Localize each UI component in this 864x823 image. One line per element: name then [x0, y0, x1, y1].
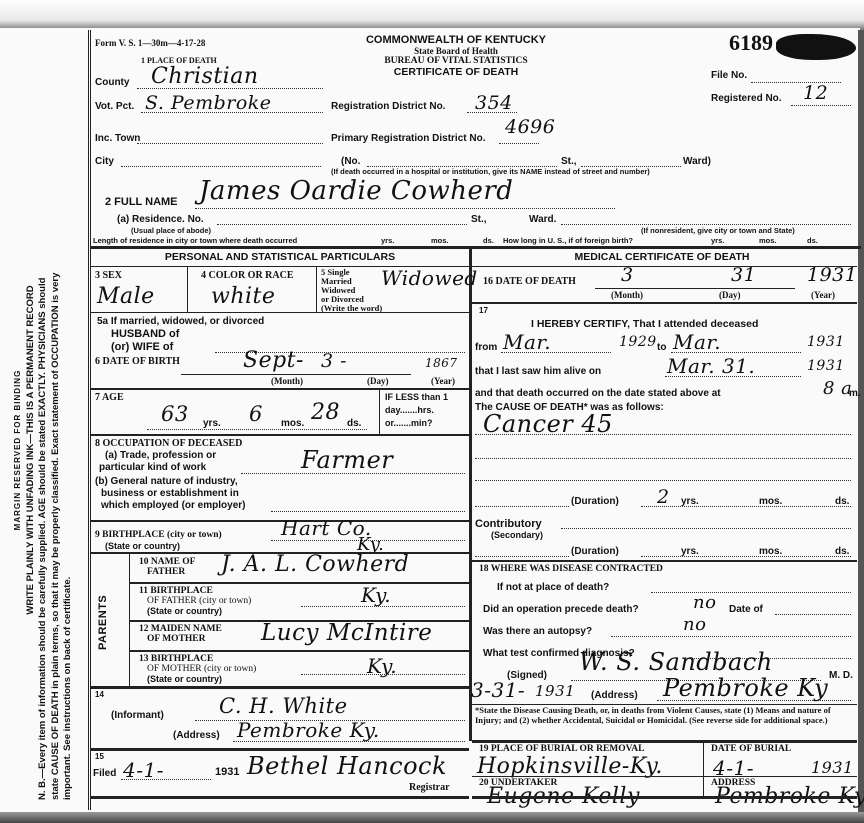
birthplace-state-label: (State or country) [105, 541, 180, 551]
age-label: 7 AGE [95, 392, 124, 403]
autopsy-line [611, 636, 851, 637]
dob-year-caption: (Year) [431, 376, 455, 386]
duration-years: 2 [657, 486, 670, 508]
medical-section-title: MEDICAL CERTIFICATE OF DEATH [472, 251, 852, 263]
rule [91, 796, 469, 799]
rule [91, 312, 469, 313]
spouse-label-1: 5a If married, widowed, or divorced [97, 316, 264, 327]
rule [187, 266, 188, 312]
vot-pct-value: S. Pembroke [145, 92, 272, 114]
full-name-line [195, 208, 615, 209]
signed-value: W. S. Sandbach [579, 648, 773, 676]
foreign-mos: mos. [759, 236, 777, 245]
duration-yrs: yrs. [681, 496, 699, 507]
foreign-birth-label: How long in U. S., if of foreign birth? [503, 236, 633, 245]
age-yrs-label: yrs. [203, 418, 221, 429]
dod-line [595, 288, 795, 289]
hospital-note: (If death occurred in a hospital or inst… [331, 167, 650, 176]
date-of-line [775, 614, 851, 615]
father-bp-value: Ky. [361, 583, 391, 607]
rule [472, 560, 857, 562]
margin-instructions-2: state CAUSE OF DEATH in plain terms, so … [49, 100, 62, 800]
age-mos-label: mos. [281, 418, 304, 429]
occupation-value: Farmer [301, 446, 393, 474]
to-year: 1931 [807, 334, 845, 350]
sex-label: 3 SEX [95, 270, 122, 281]
cause-line-3 [475, 480, 851, 481]
md-label: M. D. [829, 670, 853, 681]
title-bureau: BUREAU OF VITAL STATISTICS [341, 56, 571, 66]
informant-address-value: Pembroke Ky. [237, 718, 380, 742]
mother-name-label-2: OF MOTHER [147, 634, 206, 644]
parents-label: PARENTS [97, 570, 109, 650]
stamp-number: 6189 [729, 30, 773, 56]
not-place-label: If not at place of death? [497, 582, 609, 593]
margin-write-plainly: WRITE PLAINLY WITH UNFADING INK—THIS IS … [24, 100, 37, 800]
mother-bp-label-2: OF MOTHER (city or town) [147, 664, 256, 674]
last-saw-value: Mar. 31. [667, 354, 755, 378]
industry-label-2: business or establishment in [101, 488, 239, 499]
dob-year: 1867 [425, 356, 458, 370]
title-commonwealth: COMMONWEALTH OF KENTUCKY [341, 34, 571, 46]
contributory-label: Contributory [475, 518, 542, 530]
certificate-title: COMMONWEALTH OF KENTUCKY State Board of … [341, 34, 571, 78]
filed-label: Filed [93, 768, 116, 779]
mother-name-value: Lucy McIntire [261, 620, 432, 646]
mother-name-label-1: 12 MAIDEN NAME [139, 624, 222, 634]
informant-address-label: (Address) [173, 730, 220, 741]
residence-line [217, 224, 467, 225]
primary-district-value: 4696 [505, 116, 555, 138]
city-label: City [95, 156, 114, 167]
informant-value: C. H. White [219, 694, 348, 718]
dob-month: Sept- [243, 348, 304, 373]
title-certificate: CERTIFICATE OF DEATH [341, 66, 571, 78]
father-name-label-1: 10 NAME OF [139, 557, 195, 567]
dod-label: 16 DATE OF DEATH [483, 276, 576, 287]
cause-line-2 [475, 458, 851, 459]
rule [91, 520, 469, 522]
st-label: St., [561, 156, 577, 167]
rule [316, 266, 317, 312]
duration-ds: ds. [835, 496, 849, 507]
certificate-form: Form V. S. 1—30m—4-17-28 1 PLACE OF DEAT… [88, 30, 861, 810]
race-label: 4 COLOR OR RACE [201, 270, 294, 281]
no-label: (No. [341, 156, 360, 167]
sex-value: Male [97, 284, 155, 309]
cause-footnote: *State the Disease Causing Death, or, in… [475, 706, 851, 725]
duration-line-prefix [475, 506, 569, 507]
reg-district-value: 354 [475, 92, 513, 114]
registrar-label: Registrar [409, 782, 450, 793]
signed-address-value: Pembroke Ky [663, 674, 828, 702]
redaction-blot [776, 34, 856, 60]
burial-place-label: 19 PLACE OF BURIAL OR REMOVAL [479, 744, 644, 754]
autopsy-label: Was there an autopsy? [483, 626, 592, 637]
where-contracted-label: 18 WHERE WAS DISEASE CONTRACTED [479, 564, 663, 574]
duration2-line [641, 556, 851, 557]
item-17-num: 17 [479, 306, 488, 315]
residence-label: (a) Residence. No. [117, 214, 204, 225]
registrar-signature: Bethel Hancock [247, 752, 447, 780]
signed-address-label: (Address) [591, 690, 638, 701]
to-value: Mar. [673, 330, 721, 354]
primary-district-line [499, 143, 539, 144]
length-yrs: yrs. [381, 236, 394, 245]
full-name-value: James Oardie Cowherd [199, 176, 513, 206]
age-line [147, 429, 367, 430]
operation-label: Did an operation precede death? [483, 604, 639, 615]
section-divider [91, 246, 861, 249]
usual-place-note: (Usual place of abode) [131, 226, 211, 235]
filed-num: 15 [95, 752, 104, 761]
rule [91, 748, 469, 751]
birthplace-label: 9 BIRTHPLACE (city or town) [95, 530, 222, 540]
trade-label-1: (a) Trade, profession or [105, 450, 216, 461]
form-number: Form V. S. 1—30m—4-17-28 [95, 38, 205, 48]
signed-date: 3-31- [471, 678, 525, 702]
industry-label-3: which employed (or employer) [101, 500, 245, 511]
trade-label-2: particular kind of work [99, 462, 206, 473]
margin-instructions-1: N. B.—Every item of information should b… [37, 100, 50, 800]
father-name-value: J. A. L. Cowherd [221, 552, 409, 577]
dob-day: 3 - [321, 350, 347, 372]
rule [703, 742, 704, 796]
city-line [121, 166, 321, 167]
rule [129, 650, 469, 652]
rule [129, 582, 469, 584]
cause-value: Cancer 45 [483, 410, 613, 438]
duration-label: (Duration) [571, 496, 619, 507]
dob-day-caption: (Day) [367, 376, 389, 386]
mother-bp-label-3: (State or country) [147, 674, 222, 684]
less-than-1: IF LESS than 1 [385, 392, 448, 402]
ward-label: Ward) [683, 156, 711, 167]
secondary-label: (Secondary) [491, 530, 543, 540]
mother-bp-value: Ky. [367, 654, 397, 678]
residence-ward-label: Ward. [529, 214, 556, 225]
death-time-value: 8 a [823, 378, 852, 399]
death-time-suffix: m. [849, 388, 861, 399]
nonresident-note: (If nonresident, give city or town and S… [641, 226, 795, 235]
reg-district-label: Registration District No. [331, 101, 445, 112]
operation-value: no [693, 592, 716, 613]
foreign-yrs: yrs. [711, 236, 724, 245]
dod-year: 1931 [807, 264, 857, 286]
from-label: from [475, 342, 497, 353]
burial-year-value: 1931 [811, 758, 854, 777]
spouse-label-3: (or) WIFE of [111, 341, 173, 353]
margin-reserved: MARGIN RESERVED FOR BINDING [12, 100, 25, 800]
length-mos: mos. [431, 236, 449, 245]
personal-section-title: PERSONAL AND STATISTICAL PARTICULARS [91, 251, 469, 263]
rule [379, 390, 380, 434]
dob-month-caption: (Month) [271, 376, 303, 386]
less-day: day.......hrs. [385, 405, 434, 415]
age-days: 28 [311, 400, 340, 425]
rule [472, 776, 857, 777]
father-name-label-2: FATHER [147, 567, 185, 577]
rule [91, 686, 469, 689]
county-value: Christian [151, 64, 259, 89]
informant-label: (Informant) [111, 710, 164, 721]
marital-value: Widowed [381, 266, 478, 290]
rule [91, 434, 469, 436]
dod-day-caption: (Day) [719, 290, 741, 300]
rule [472, 302, 857, 304]
date-of-label: Date of [729, 604, 763, 615]
last-saw-year: 1931 [807, 358, 845, 374]
age-ds-label: ds. [347, 418, 361, 429]
not-place-line [651, 592, 851, 593]
age-months: 6 [249, 402, 263, 426]
informant-num: 14 [95, 690, 104, 699]
occupation-label: 8 OCCUPATION OF DECEASED [95, 438, 242, 449]
inc-town-label: Inc. Town [95, 133, 140, 144]
binding-margin: MARGIN RESERVED FOR BINDING WRITE PLAINL… [4, 100, 82, 800]
duration-line [641, 506, 851, 507]
less-min: or.......min? [385, 418, 433, 428]
rule [472, 266, 857, 267]
rule [472, 796, 857, 799]
father-bp-label-3: (State or country) [147, 606, 222, 616]
dod-month: 3 [621, 264, 634, 286]
duration2-line-prefix [475, 556, 569, 557]
dod-month-caption: (Month) [611, 290, 643, 300]
registered-no-value: 12 [803, 82, 828, 104]
father-bp-label-2: OF FATHER (city or town) [147, 596, 251, 606]
from-year: 1929 [619, 334, 657, 350]
race-value: white [211, 284, 275, 309]
foreign-ds: ds. [807, 236, 818, 245]
vot-pct-label: Vot. Pct. [95, 101, 134, 112]
registered-no-label: Registered No. [711, 93, 782, 104]
dob-line [181, 374, 411, 375]
industry-line [271, 511, 465, 512]
filed-date: 4-1- [123, 758, 164, 782]
duration2-mos: mos. [759, 546, 782, 557]
rule [472, 740, 857, 743]
autopsy-value: no [683, 614, 706, 635]
spouse-label-2: HUSBAND of [111, 328, 179, 340]
to-label: to [657, 342, 666, 353]
duration-mos: mos. [759, 496, 782, 507]
mother-bp-label-1: 13 BIRTHPLACE [139, 654, 213, 664]
filed-year: 1931 [215, 766, 239, 778]
contributory-line [561, 528, 851, 529]
rule [91, 388, 469, 390]
length-ds: ds. [483, 236, 494, 245]
title-board: State Board of Health [341, 46, 571, 56]
duration2-ds: ds. [835, 546, 849, 557]
primary-district-label: Primary Registration District No. [331, 133, 485, 144]
column-divider [469, 246, 472, 741]
from-value: Mar. [503, 330, 551, 354]
residence-ward-line [561, 224, 851, 225]
registered-no-line [791, 105, 851, 106]
dod-day: 31 [731, 264, 756, 286]
certify-text: I HEREBY CERTIFY, That I attended deceas… [531, 318, 758, 330]
county-label: County [95, 77, 129, 88]
marital-label: 5 Single Married Widowed or Divorced (Wr… [321, 268, 382, 313]
death-time-label: and that death occurred on the date stat… [475, 388, 721, 399]
duration2-label: (Duration) [571, 546, 619, 557]
inc-town-line [137, 143, 323, 144]
industry-label-1: (b) General nature of industry, [95, 476, 238, 487]
burial-date-label: DATE OF BURIAL [711, 744, 791, 754]
father-bp-label-1: 11 BIRTHPLACE [139, 586, 213, 596]
scan-bottom-edge [0, 812, 864, 823]
residence-st-label: St., [471, 214, 487, 225]
age-years: 63 [161, 402, 189, 426]
signed-year: 1931 [535, 682, 575, 700]
dob-label: 6 DATE OF BIRTH [95, 356, 180, 367]
file-no-label: File No. [711, 70, 747, 81]
dod-year-caption: (Year) [811, 290, 835, 300]
margin-instructions-3: important. See instructions on back of c… [62, 100, 75, 800]
length-residence-label: Length of residence in city or town wher… [93, 236, 297, 245]
duration2-yrs: yrs. [681, 546, 699, 557]
full-name-label: 2 FULL NAME [105, 196, 178, 208]
last-saw-label: that I last saw him alive on [475, 366, 601, 377]
